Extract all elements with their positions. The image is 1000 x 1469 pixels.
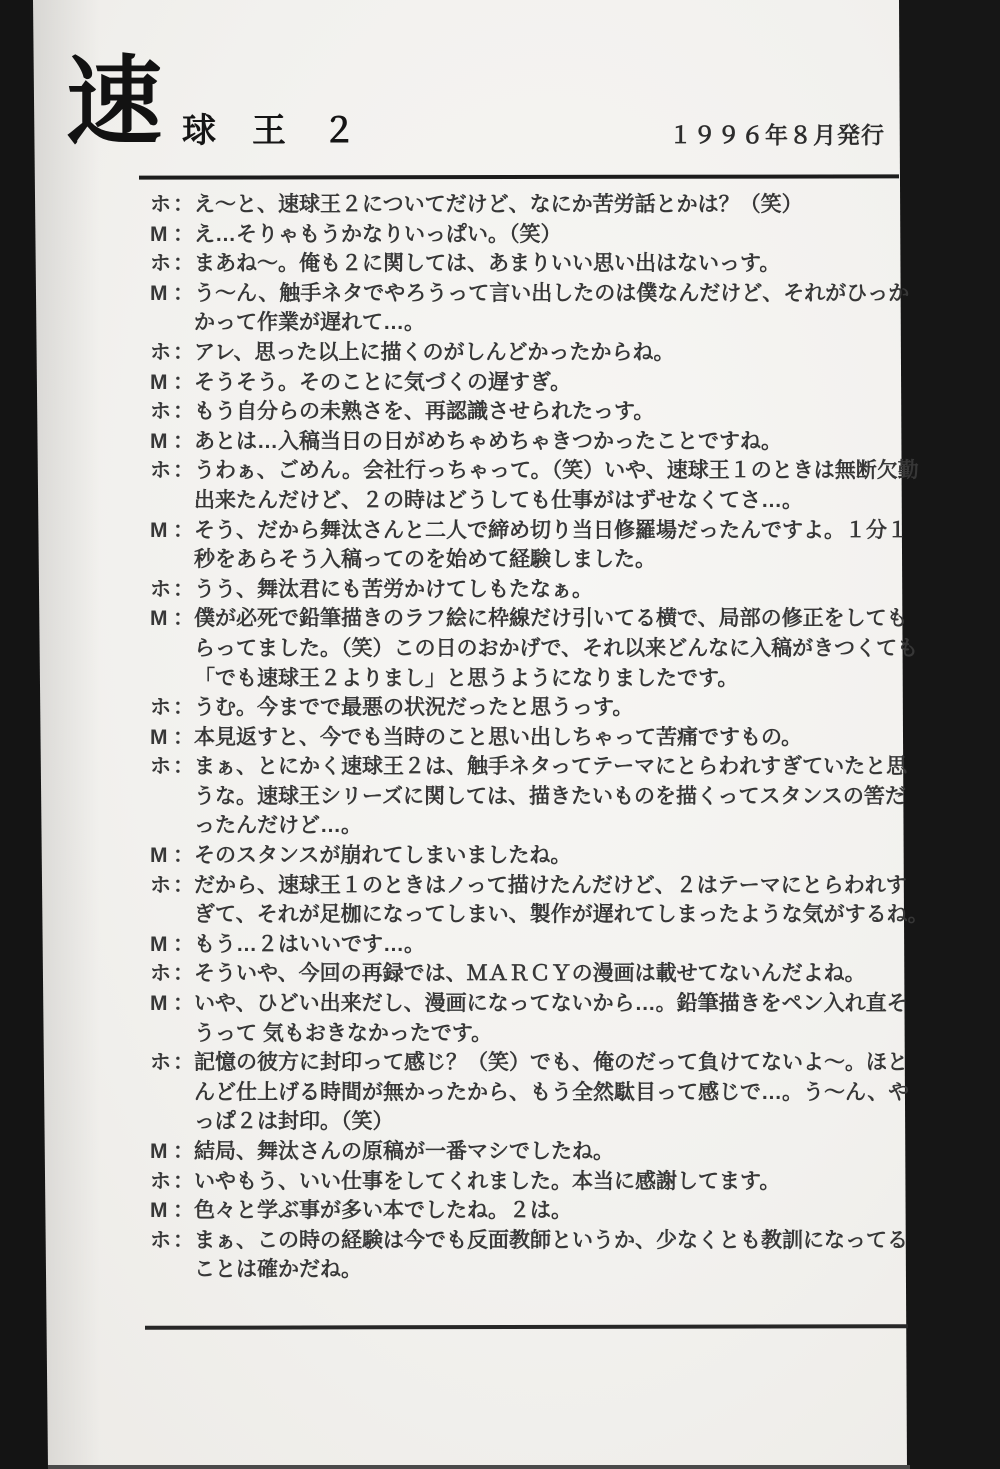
speaker-separator: ： — [173, 930, 194, 960]
dialogue-text: うむ。今までで最悪の状況だったと思うっす。 — [194, 693, 940, 723]
dialogue-text: そのスタンスが崩れてしまいましたね。 — [194, 841, 940, 871]
speaker-name: M — [150, 279, 173, 309]
speaker-name: M — [150, 220, 173, 250]
speaker-label: ホ： — [150, 575, 194, 605]
speaker-label: ホ： — [150, 1167, 194, 1197]
dialogue-row: ホ： まあね〜。俺も２に関しては、あまりいい思い出はないっす。 — [150, 249, 940, 279]
speaker-name: ホ — [150, 249, 173, 279]
speaker-name: ホ — [150, 397, 173, 427]
speaker-label: M： — [150, 1196, 194, 1226]
speaker-label: ホ： — [150, 959, 194, 989]
speaker-name: M — [150, 930, 173, 960]
dialogue-text: 僕が必死で鉛筆描きのラフ絵に枠線だけ引いてる横で、局部の修正をしても らってまし… — [194, 604, 940, 693]
speaker-label: M： — [150, 279, 194, 309]
speaker-name: M — [150, 841, 173, 871]
speaker-name: M — [150, 604, 173, 634]
speaker-separator: ： — [173, 1167, 194, 1197]
dialogue-text: だから、速球王１のときはノって描けたんだけど、２はテーマにとらわれす ぎて、それ… — [194, 871, 940, 930]
speaker-label: ホ： — [150, 190, 194, 220]
speaker-name: M — [150, 1196, 173, 1226]
dialogue-text: いやもう、いい仕事をしてくれました。本当に感謝してます。 — [194, 1167, 940, 1197]
speaker-separator: ： — [173, 456, 194, 486]
speaker-label: ホ： — [150, 249, 194, 279]
speaker-separator: ： — [173, 575, 194, 605]
dialogue-row: M： あとは…入稿当日の日がめちゃめちゃきつかったことですね。 — [150, 427, 940, 457]
dialogue-text: そう、だから舞汰さんと二人で締め切り当日修羅場だったんですよ。１分１ 秒をあらそ… — [194, 516, 940, 575]
dialogue-text: え〜と、速球王２についてだけど、なにか苦労話とかは？（笑） — [194, 190, 940, 220]
speaker-name: ホ — [150, 1167, 173, 1197]
speaker-separator: ： — [173, 368, 194, 398]
dialogue-row: ホ： うう、舞汰君にも苦労かけてしもたなぁ。 — [150, 575, 940, 605]
speaker-separator: ： — [173, 1226, 194, 1256]
publication-date: １９９６年８月発行 — [669, 122, 885, 150]
dialogue-row: M： そうそう。そのことに気づくの遅すぎ。 — [150, 368, 940, 398]
dialogue-text: まぁ、とにかく速球王２は、触手ネタってテーマにとらわれすぎていたと思 うな。速球… — [194, 752, 940, 841]
speaker-name: ホ — [150, 1048, 173, 1078]
speaker-label: M： — [150, 220, 194, 250]
speaker-separator: ： — [173, 279, 194, 309]
speaker-label: ホ： — [150, 397, 194, 427]
speaker-label: ホ： — [150, 1048, 194, 1078]
dialogue-text: 色々と学ぶ事が多い本でしたね。２は。 — [194, 1196, 940, 1226]
dialogue-text: まあね〜。俺も２に関しては、あまりいい思い出はないっす。 — [194, 249, 940, 279]
dialogue-row: ホ： え〜と、速球王２についてだけど、なにか苦労話とかは？（笑） — [150, 190, 940, 220]
speaker-label: M： — [150, 930, 194, 960]
speaker-separator: ： — [173, 959, 194, 989]
speaker-name: M — [150, 516, 173, 546]
speaker-separator: ： — [173, 1196, 194, 1226]
speaker-separator: ： — [173, 1048, 194, 1078]
speaker-separator: ： — [173, 752, 194, 782]
left-black-scan-border — [0, 0, 50, 1469]
dialogue-text: そういや、今回の再録では、ＭＡＲＣＹの漫画は載せてないんだよね。 — [194, 959, 940, 989]
dialogue-row: ホ： だから、速球王１のときはノって描けたんだけど、２はテーマにとらわれす ぎて… — [150, 871, 940, 930]
speaker-label: M： — [150, 368, 194, 398]
speaker-separator: ： — [173, 989, 194, 1019]
speaker-label: ホ： — [150, 871, 194, 901]
speaker-name: ホ — [150, 959, 173, 989]
speaker-separator: ： — [173, 604, 194, 634]
dialogue-text: うう、舞汰君にも苦労かけてしもたなぁ。 — [194, 575, 940, 605]
speaker-label: ホ： — [150, 338, 194, 368]
speaker-label: ホ： — [150, 693, 194, 723]
dialogue-row: ホ： まぁ、とにかく速球王２は、触手ネタってテーマにとらわれすぎていたと思 うな… — [150, 752, 940, 841]
speaker-name: ホ — [150, 871, 173, 901]
dialogue-row: M： いや、ひどい出来だし、漫画になってないから…。鉛筆描きをペン入れ直そ うっ… — [150, 989, 940, 1048]
dialogue-text: まぁ、この時の経験は今でも反面教師というか、少なくとも教訓になってる ことは確か… — [194, 1226, 940, 1285]
speaker-name: M — [150, 368, 173, 398]
dialogue-row: M： 結局、舞汰さんの原稿が一番マシでしたね。 — [150, 1137, 940, 1167]
dialogue-row: M： 本見返すと、今でも当時のこと思い出しちゃって苦痛ですもの。 — [150, 723, 940, 753]
speaker-separator: ： — [173, 249, 194, 279]
dialogue-row: M： もう…２はいいです…。 — [150, 930, 940, 960]
dialogue-row: ホ： うむ。今までで最悪の状況だったと思うっす。 — [150, 693, 940, 723]
speaker-label: M： — [150, 989, 194, 1019]
dialogue-row: M： そう、だから舞汰さんと二人で締め切り当日修羅場だったんですよ。１分１ 秒を… — [150, 516, 940, 575]
speaker-separator: ： — [173, 516, 194, 546]
speaker-name: ホ — [150, 456, 173, 486]
dialogue-box-top-rule — [139, 174, 899, 179]
speaker-separator: ： — [173, 693, 194, 723]
speaker-name: M — [150, 723, 173, 753]
speaker-label: M： — [150, 841, 194, 871]
dialogue-text: そうそう。そのことに気づくの遅すぎ。 — [194, 368, 940, 398]
speaker-separator: ： — [173, 190, 194, 220]
dialogue-row: ホ： もう自分らの未熟さを、再認識させられたっす。 — [150, 397, 940, 427]
speaker-separator: ： — [173, 427, 194, 457]
dialogue-row: ホ： いやもう、いい仕事をしてくれました。本当に感謝してます。 — [150, 1167, 940, 1197]
dialogue-row: ホ： そういや、今回の再録では、ＭＡＲＣＹの漫画は載せてないんだよね。 — [150, 959, 940, 989]
dialogue-text: もう…２はいいです…。 — [194, 930, 940, 960]
interview-dialogue: ホ： え〜と、速球王２についてだけど、なにか苦労話とかは？（笑） M： え…そり… — [150, 190, 940, 1285]
dialogue-text: あとは…入稿当日の日がめちゃめちゃきつかったことですね。 — [194, 427, 940, 457]
speaker-separator: ： — [173, 723, 194, 753]
dialogue-row: ホ： アレ、思った以上に描くのがしんどかったからね。 — [150, 338, 940, 368]
speaker-label: M： — [150, 427, 194, 457]
speaker-name: M — [150, 1137, 173, 1167]
dialogue-text: いや、ひどい出来だし、漫画になってないから…。鉛筆描きをペン入れ直そ うって 気… — [194, 989, 940, 1048]
dialogue-row: M： え…そりゃもうかなりいっぱい。（笑） — [150, 220, 940, 250]
speaker-name: M — [150, 989, 173, 1019]
dialogue-row: ホ： 記憶の彼方に封印って感じ？（笑）でも、俺のだって負けてないよ〜。ほと んど… — [150, 1048, 940, 1137]
dialogue-row: M： 僕が必死で鉛筆描きのラフ絵に枠線だけ引いてる横で、局部の修正をしても らっ… — [150, 604, 940, 693]
dialogue-text: もう自分らの未熟さを、再認識させられたっす。 — [194, 397, 940, 427]
speaker-name: ホ — [150, 693, 173, 723]
speaker-label: ホ： — [150, 752, 194, 782]
speaker-name: M — [150, 427, 173, 457]
dialogue-row: M： そのスタンスが崩れてしまいましたね。 — [150, 841, 940, 871]
speaker-label: M： — [150, 1137, 194, 1167]
dialogue-row: M： 色々と学ぶ事が多い本でしたね。２は。 — [150, 1196, 940, 1226]
speaker-label: ホ： — [150, 456, 194, 486]
dialogue-text: 記憶の彼方に封印って感じ？（笑）でも、俺のだって負けてないよ〜。ほと んど仕上げ… — [194, 1048, 940, 1137]
speaker-name: ホ — [150, 190, 173, 220]
dialogue-text: う〜ん、触手ネタでやろうって言い出したのは僕なんだけど、それがひっか かって作業… — [194, 279, 940, 338]
speaker-label: M： — [150, 604, 194, 634]
title-main-kanji: 速 — [66, 55, 162, 151]
speaker-separator: ： — [173, 220, 194, 250]
speaker-label: M： — [150, 723, 194, 753]
speaker-separator: ： — [173, 338, 194, 368]
scanned-page: 速 球王２ １９９６年８月発行 ホ： え〜と、速球王２についてだけど、なにか苦労… — [0, 0, 1000, 1469]
speaker-label: M： — [150, 516, 194, 546]
dialogue-text: 本見返すと、今でも当時のこと思い出しちゃって苦痛ですもの。 — [194, 723, 940, 753]
bottom-page-edge — [48, 1465, 910, 1469]
speaker-separator: ： — [173, 1137, 194, 1167]
speaker-name: ホ — [150, 752, 173, 782]
speaker-name: ホ — [150, 575, 173, 605]
dialogue-text: 結局、舞汰さんの原稿が一番マシでしたね。 — [194, 1137, 940, 1167]
dialogue-text: え…そりゃもうかなりいっぱい。（笑） — [194, 220, 940, 250]
dialogue-row: M： う〜ん、触手ネタでやろうって言い出したのは僕なんだけど、それがひっか かっ… — [150, 279, 940, 338]
dialogue-row: ホ： うわぁ、ごめん。会社行っちゃって。（笑）いや、速球王１のときは無断欠勤 出… — [150, 456, 940, 515]
speaker-separator: ： — [173, 871, 194, 901]
speaker-separator: ： — [173, 841, 194, 871]
dialogue-row: ホ： まぁ、この時の経験は今でも反面教師というか、少なくとも教訓になってる こと… — [150, 1226, 940, 1285]
speaker-name: ホ — [150, 1226, 173, 1256]
title-subtitle: 球王２ — [182, 114, 392, 148]
dialogue-text: アレ、思った以上に描くのがしんどかったからね。 — [194, 338, 940, 368]
speaker-label: ホ： — [150, 1226, 194, 1256]
speaker-name: ホ — [150, 338, 173, 368]
dialogue-text: うわぁ、ごめん。会社行っちゃって。（笑）いや、速球王１のときは無断欠勤 出来たん… — [194, 456, 940, 515]
speaker-separator: ： — [173, 397, 194, 427]
dialogue-box-bottom-rule — [145, 1324, 908, 1330]
